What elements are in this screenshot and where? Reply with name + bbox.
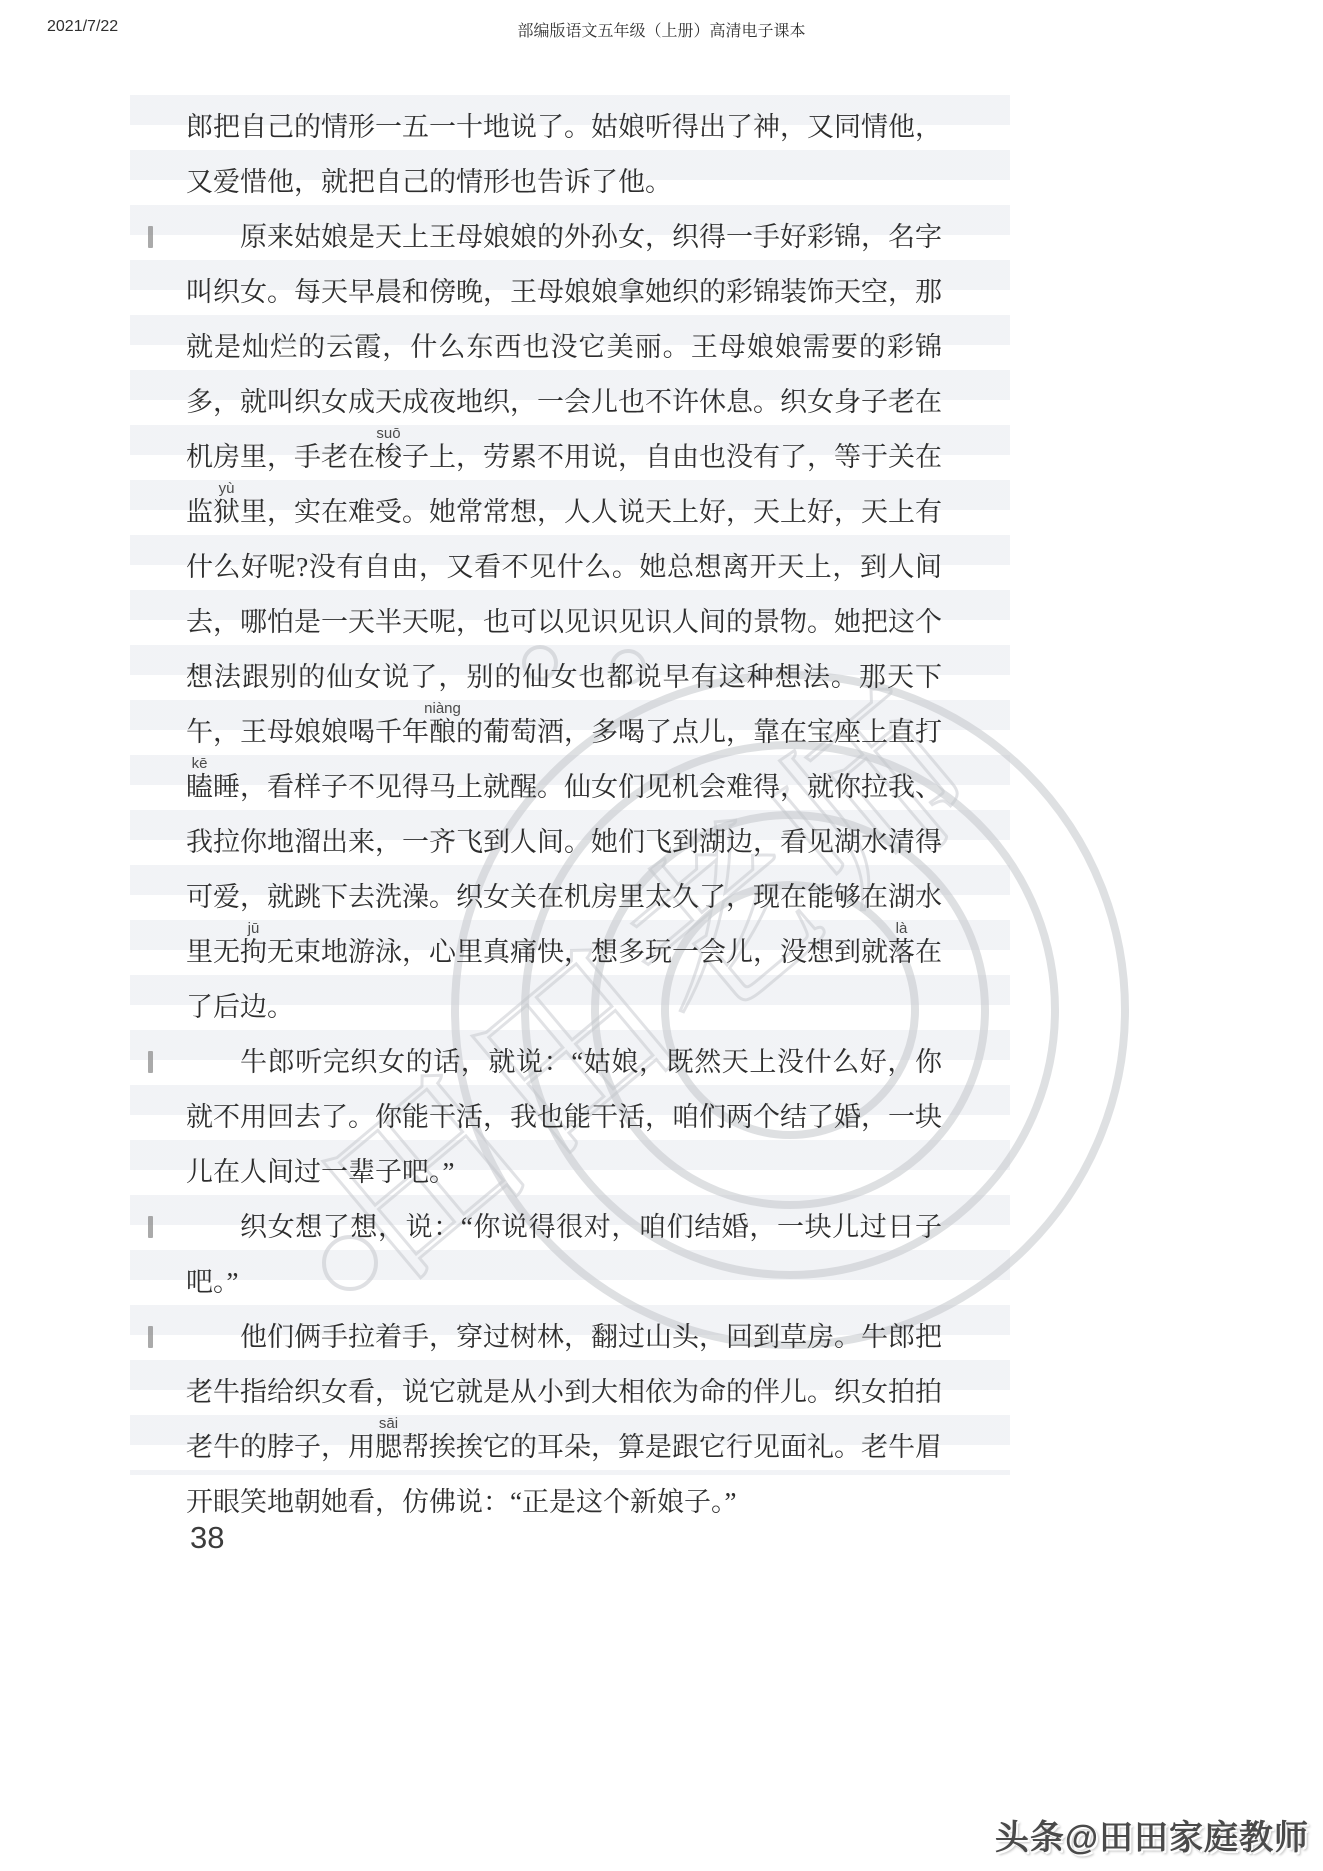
scan-tick-mark	[148, 226, 153, 248]
pinyin-annotated-char: 狱yù	[213, 497, 240, 527]
pinyin-annotated-char: 落là	[888, 937, 915, 967]
paragraph: 他们俩手拉着手，穿过树林，翻过山头，回到草房。牛郎把老牛指给织女看，说它就是从小…	[186, 1310, 942, 1530]
story-text-block: 郎把自己的情形一五一十地说了。姑娘听得出了神，又同情他，又爱惜他，就把自己的情形…	[186, 100, 942, 1530]
pinyin-annotated-char: 梭suō	[375, 442, 402, 472]
page-number: 38	[190, 1520, 224, 1556]
print-header: 2021/7/22 部编版语文五年级（上册）高清电子课本	[0, 18, 1323, 48]
paragraph: 原来姑娘是天上王母娘娘的外孙女，织得一手好彩锦，名字叫织女。每天早晨和傍晚，王母…	[186, 210, 942, 1035]
pinyin-annotated-char: 拘jū	[240, 937, 267, 967]
paragraph: 牛郎听完织女的话，就说：“姑娘，既然天上没什么好，你就不用回去了。你能干活，我也…	[186, 1035, 942, 1200]
textbook-page: 2021/7/22 部编版语文五年级（上册）高清电子课本 田田老师 郎把自己的情…	[0, 0, 1323, 1871]
scan-tick-mark	[148, 1051, 153, 1073]
scan-tick-mark	[148, 1216, 153, 1238]
print-title: 部编版语文五年级（上册）高清电子课本	[0, 18, 1323, 41]
paragraph: 郎把自己的情形一五一十地说了。姑娘听得出了神，又同情他，又爱惜他，就把自己的情形…	[186, 100, 942, 210]
pinyin-annotated-char: 瞌kē	[186, 772, 213, 802]
pinyin-annotated-char: 酿niàng	[429, 717, 456, 747]
paragraph: 织女想了想，说：“你说得很对，咱们结婚，一块儿过日子吧。”	[186, 1200, 942, 1310]
pinyin-annotated-char: 腮sāi	[375, 1432, 402, 1462]
footer-watermark: 头条@田田家庭教师	[995, 1810, 1309, 1859]
scan-tick-mark	[148, 1326, 153, 1348]
